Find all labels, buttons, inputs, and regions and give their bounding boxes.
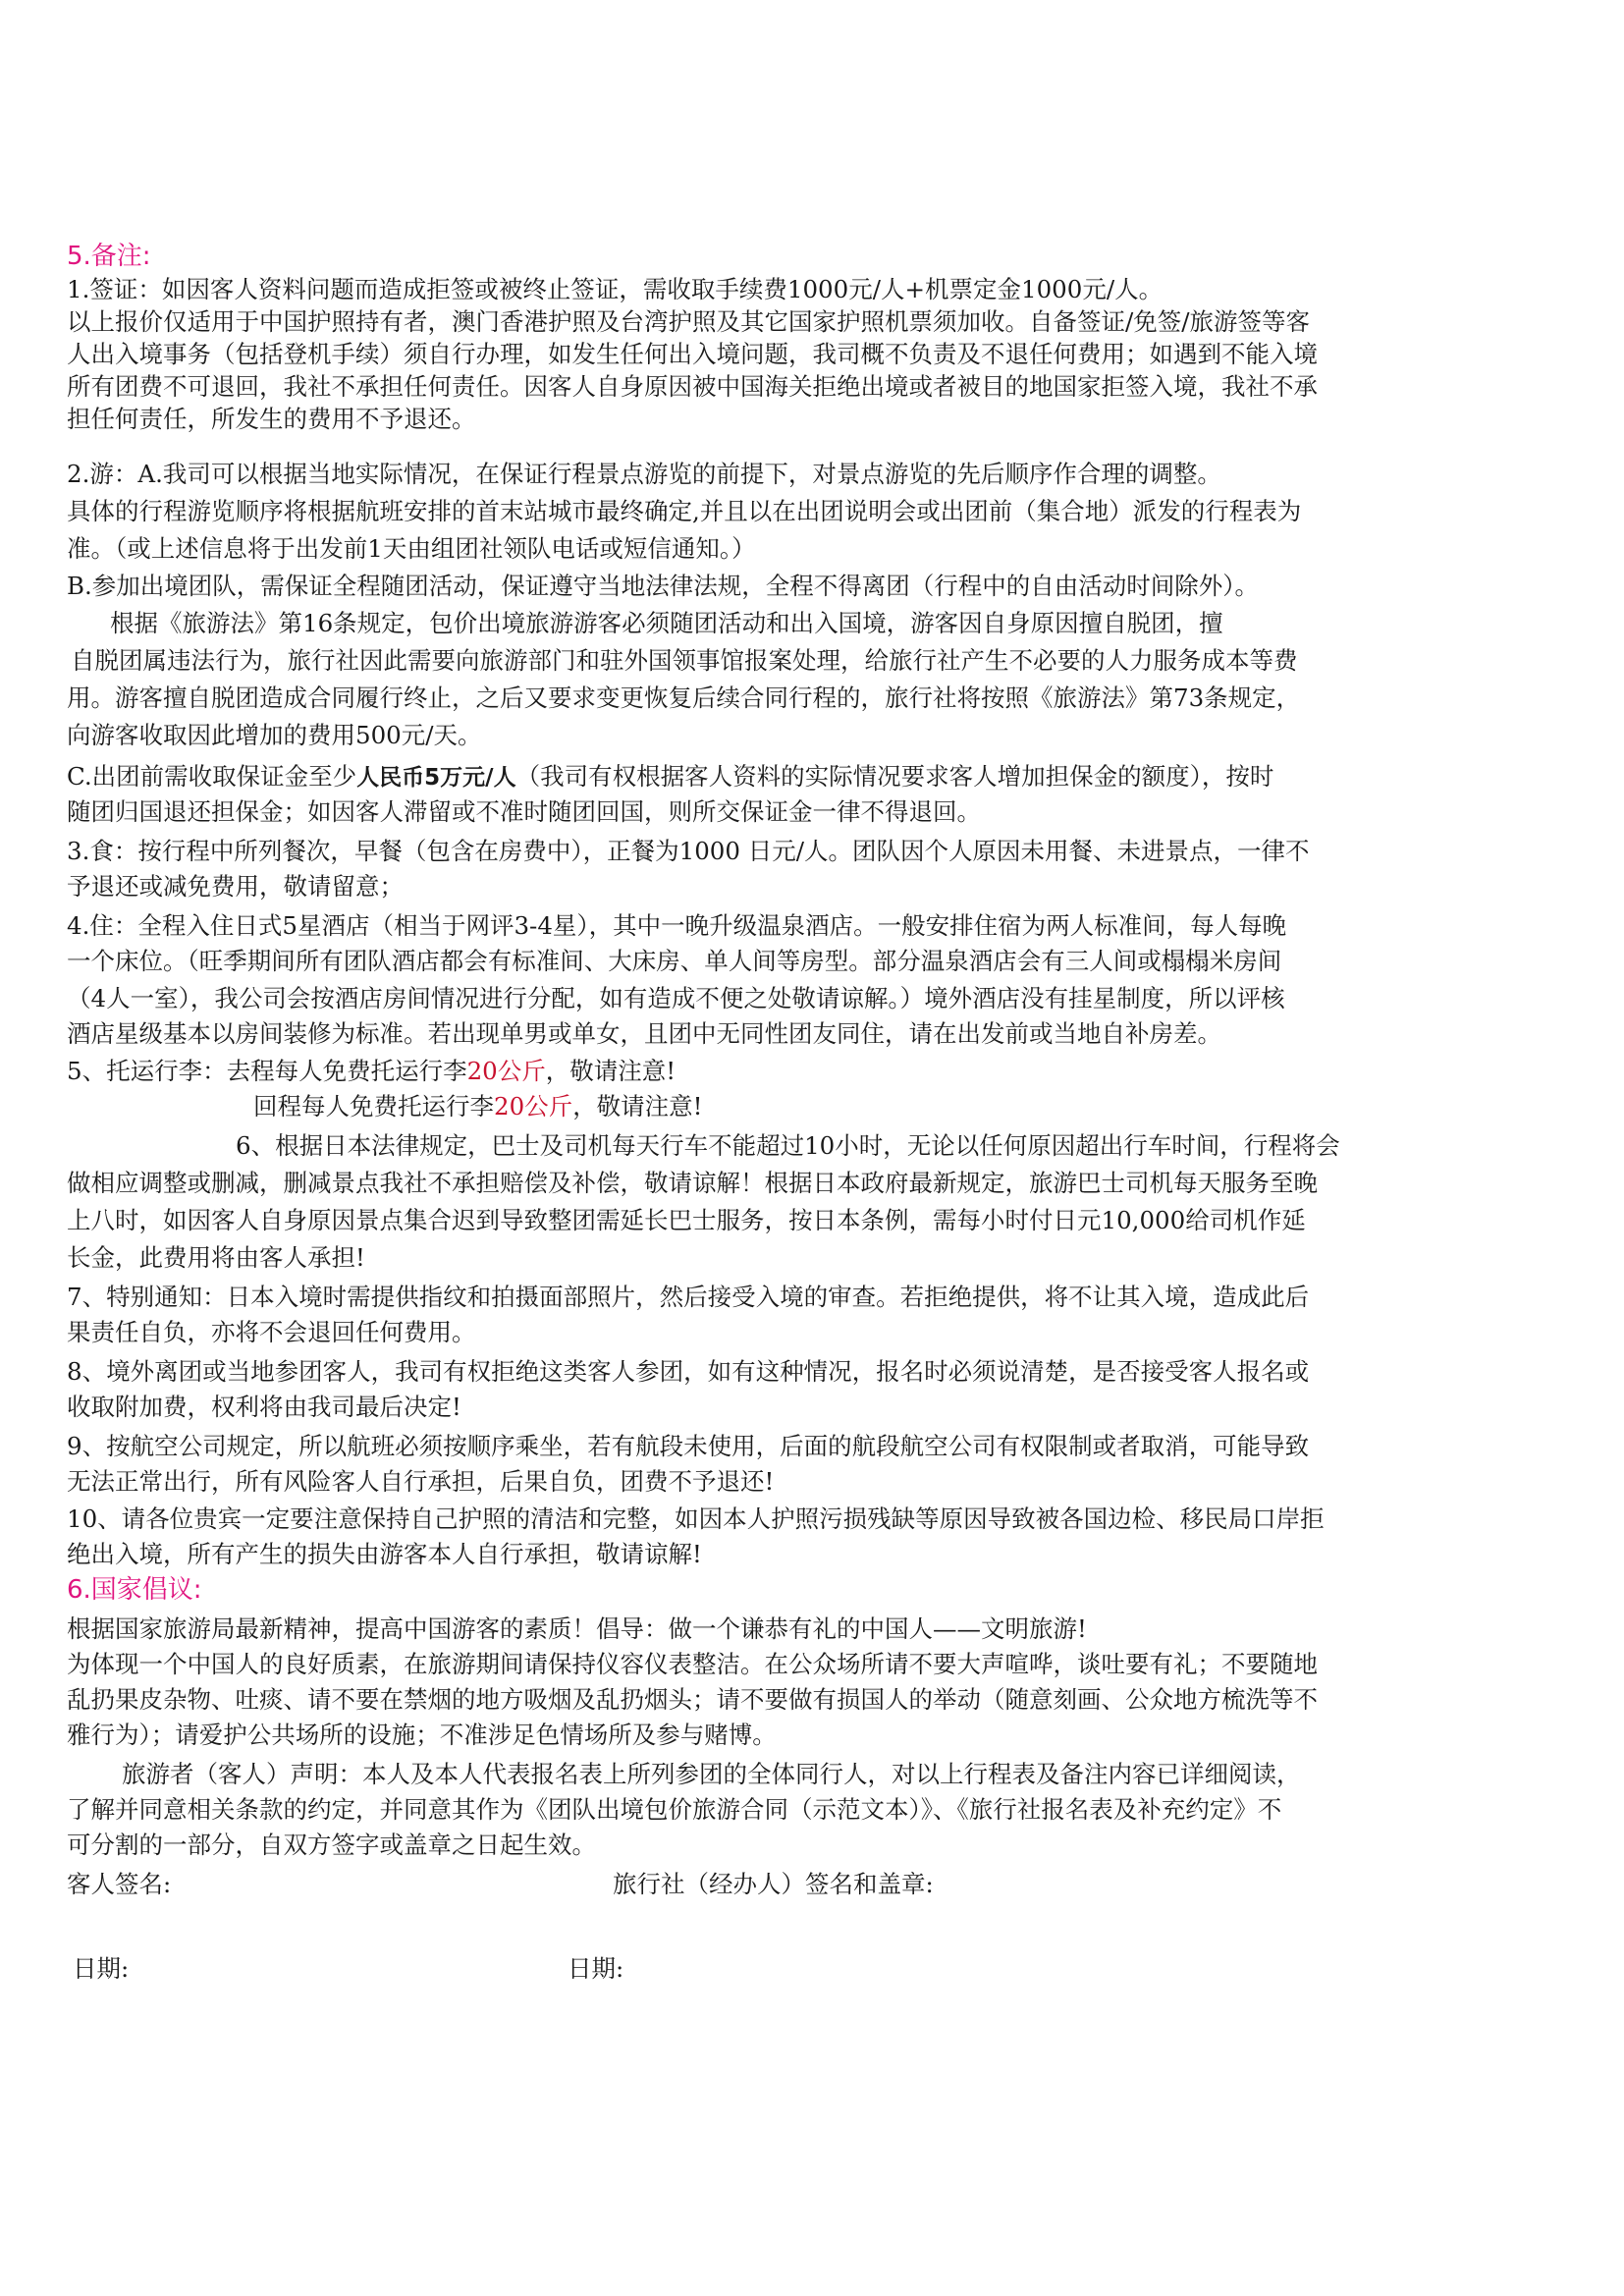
initiative-line-4: 雅行为）；请爱护公共场所的设施；不准涉足色情场所及参与赌博。 — [67, 1721, 777, 1750]
deposit-suffix: （我司有权根据客人资料的实际情况要求客人增加担保金的额度），按时 — [516, 762, 1274, 791]
declaration-line-2: 了解并同意相关条款的约定，并同意其作为《团队出境包价旅游合同（示范文本）》、《旅… — [67, 1795, 1281, 1825]
deposit-amount: 人民币5万元/人 — [356, 765, 515, 791]
note-tour-law-line-2: 自脱团属违法行为，旅行社因此需要向旅游部门和驻外国领事馆报案处理，给旅行社产生不… — [71, 646, 1298, 676]
note-passport-line-1: 以上报价仅适用于中国护照持有者，澳门香港护照及台湾护照及其它国家护照机票须加收。… — [67, 307, 1310, 337]
initiative-line-2: 为体现一个中国人的良好质素，在旅游期间请保持仪容仪表整洁。在公众场所请不要大声喧… — [67, 1650, 1318, 1679]
note-join-line-2: 收取附加费，权利将由我司最后决定! — [67, 1393, 461, 1422]
note-tour-law-line-1: 根据《旅游法》第16条规定，包价出境旅游游客必须随团活动和出入国境，游客因自身原… — [110, 609, 1223, 638]
luggage-weight-outbound: 20公斤 — [467, 1057, 546, 1085]
initiative-line-3: 乱扔果皮杂物、吐痰、请不要在禁烟的地方吸烟及乱扔烟头；请不要做有损国人的举动（随… — [67, 1685, 1318, 1715]
note-luggage-return: 回程每人免费托运行李20公斤，敬请注意! — [253, 1092, 703, 1121]
luggage-label: 5、托运行李： — [67, 1057, 227, 1085]
initiative-line-1: 根据国家旅游局最新精神，提高中国游客的素质！倡导：做一个谦恭有礼的中国人——文明… — [67, 1614, 1087, 1644]
note-special-line-2: 果责任自负，亦将不会退回任何费用。 — [67, 1318, 476, 1347]
luggage-outbound-text: 去程每人免费托运行李 — [227, 1057, 467, 1085]
luggage-suffix: ，敬请注意! — [572, 1092, 702, 1121]
note-passport-care-line-2: 绝出入境，所有产生的损失由游客本人自行承担，敬请谅解! — [67, 1540, 702, 1569]
note-join-line-1: 8、境外离团或当地参团客人，我司有权拒绝这类客人参团，如有这种情况，报名时必须说… — [67, 1357, 1309, 1387]
section-6-heading: 6.国家倡议: — [67, 1575, 202, 1605]
note-hotel-line-4: 酒店星级基本以房间装修为标准。若出现单男或单女，且团中无同性团友同住，请在出发前… — [67, 1019, 1221, 1049]
note-hotel-line-3: （4人一室），我公司会按酒店房间情况进行分配，如有造成不便之处敬请谅解。）境外酒… — [67, 984, 1285, 1013]
note-luggage-outbound: 5、托运行李：去程每人免费托运行李20公斤，敬请注意! — [67, 1057, 676, 1086]
luggage-suffix: ，敬请注意! — [546, 1057, 676, 1085]
note-tour-a-line-3: 准。（或上述信息将于出发前1天由组团社领队电话或短信通知。） — [67, 534, 756, 564]
document-page: 5.备注: 1.签证：如因客人资料问题而造成拒签或被终止签证，需收取手续费100… — [0, 0, 1624, 2296]
note-passport-line-2: 人出入境事务（包括登机手续）须自行办理，如发生任何出入境问题，我司概不负责及不退… — [67, 340, 1318, 369]
customer-signature-label: 客人签名: — [67, 1870, 171, 1899]
note-bus-line-2: 做相应调整或删减，删减景点我社不承担赔偿及补偿，敬请谅解！根据日本政府最新规定，… — [67, 1169, 1318, 1198]
note-visa-line: 1.签证：如因客人资料问题而造成拒签或被终止签证，需收取手续费1000元/人+机… — [67, 275, 1163, 304]
declaration-line-3: 可分割的一部分，自双方签字或盖章之日起生效。 — [67, 1831, 596, 1860]
note-bus-line-1: 6、根据日本法律规定，巴士及司机每天行车不能超过10小时，无论以任何原因超出行车… — [236, 1131, 1340, 1161]
customer-date-label: 日期: — [73, 1954, 129, 1984]
note-tour-a-line-1: 2.游：A.我司可以根据当地实际情况，在保证行程景点游览的前提下，对景点游览的先… — [67, 460, 1221, 489]
note-passport-line-3: 所有团费不可退回，我社不承担任何责任。因客人自身原因被中国海关拒绝出境或者被目的… — [67, 372, 1318, 402]
note-passport-care-line-1: 10、请各位贵宾一定要注意保持自己护照的清洁和完整，如因本人护照污损残缺等原因导… — [67, 1504, 1325, 1534]
note-special-line-1: 7、特别通知：日本入境时需提供指纹和拍摄面部照片，然后接受入境的审查。若拒绝提供… — [67, 1283, 1309, 1312]
section-5-heading: 5.备注: — [67, 242, 151, 271]
agency-signature-label: 旅行社（经办人）签名和盖章: — [613, 1870, 934, 1899]
note-hotel-line-1: 4.住：全程入住日式5星酒店（相当于网评3-4星），其中一晚升级温泉酒店。一般安… — [67, 911, 1286, 941]
agency-date-label: 日期: — [568, 1954, 623, 1984]
note-tour-b-line-1: B.参加出境团队，需保证全程随团活动，保证遵守当地法律法规，全程不得离团（行程中… — [67, 572, 1259, 601]
note-flight-line-2: 无法正常出行，所有风险客人自行承担，后果自负，团费不予退还! — [67, 1467, 774, 1497]
note-hotel-line-2: 一个床位。（旺季期间所有团队酒店都会有标准间、大床房、单人间等房型。部分温泉酒店… — [67, 947, 1281, 976]
luggage-weight-return: 20公斤 — [494, 1092, 572, 1121]
note-flight-line-1: 9、按航空公司规定，所以航班必须按顺序乘坐，若有航段未使用，后面的航段航空公司有… — [67, 1432, 1309, 1461]
note-bus-line-4: 长金，此费用将由客人承担! — [67, 1243, 365, 1273]
note-passport-line-4: 担任何责任，所发生的费用不予退还。 — [67, 405, 476, 434]
note-meals-line-2: 予退还或减免费用，敬请留意； — [67, 872, 404, 902]
note-tour-law-line-3: 用。游客擅自脱团造成合同履行终止，之后又要求变更恢复后续合同行程的，旅行社将按照… — [67, 683, 1300, 713]
note-tour-a-line-2: 具体的行程游览顺序将根据航班安排的首末站城市最终确定,并且以在出团说明会或出团前… — [67, 497, 1301, 526]
note-deposit-line-1: C.出团前需收取保证金至少人民币5万元/人（我司有权根据客人资料的实际情况要求客… — [67, 762, 1273, 793]
note-meals-line-1: 3.食：按行程中所列餐次，早餐（包含在房费中），正餐为1000 日元/人。团队因… — [67, 837, 1310, 866]
note-bus-line-3: 上八时，如因客人自身原因景点集合迟到导致整团需延长巴士服务，按日本条例，需每小时… — [67, 1206, 1306, 1235]
luggage-return-text: 回程每人免费托运行李 — [253, 1092, 494, 1121]
declaration-line-1: 旅游者（客人）声明：本人及本人代表报名表上所列参团的全体同行人，对以上行程表及备… — [122, 1760, 1301, 1789]
deposit-prefix: C.出团前需收取保证金至少 — [67, 762, 356, 791]
note-tour-law-line-4: 向游客收取因此增加的费用500元/天。 — [67, 721, 482, 750]
note-deposit-line-2: 随团归国退还担保金；如因客人滞留或不准时随团回国，则所交保证金一律不得退回。 — [67, 797, 981, 827]
